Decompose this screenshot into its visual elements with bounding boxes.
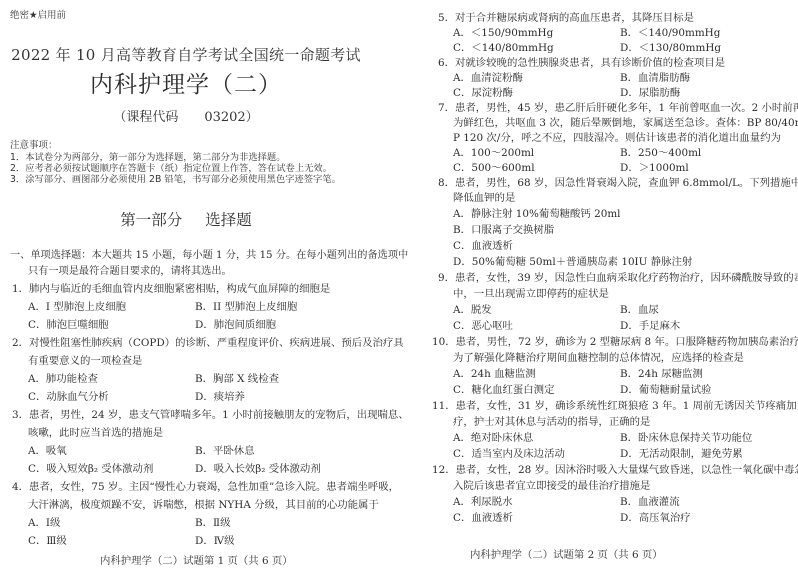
question-text: 3．患者，男性，24 岁，患支气管哮喘多年。1 小时前接触朋友的宠物后，出现喘息… xyxy=(12,406,409,421)
option-c: C．糖化血红蛋白测定 xyxy=(453,381,554,396)
question-text: 9．患者，女性，39 岁，因急性白血病采取化疗药物治疗，因环磷酰胺导致的毒副作用 xyxy=(438,269,798,284)
question-text: P 120 次/分，呼之不应，四肢湿冷。则估计该患者的消化道出血量约为 xyxy=(453,129,781,144)
option-a: A．静脉注射 10%葡萄糖酸钙 20ml xyxy=(453,205,621,220)
option-a: A．肺功能检查 xyxy=(28,370,98,385)
question-text: 大汗淋漓，极度烦躁不安，诉喘憋，根据 NYHA 分级，其目前的心功能属于 xyxy=(28,496,379,511)
option-d: D．吸入长效β₂ 受体激动剂 xyxy=(195,460,321,475)
question-text: 入院后该患者宜立即接受的最佳治疗措施是 xyxy=(453,477,650,492)
option-a: A．Ⅰ级 xyxy=(28,514,60,529)
option-c: C．500～600ml xyxy=(453,159,535,174)
option-b: B．250～400ml xyxy=(620,144,701,159)
question-text: 10．患者，男性，72 岁，确诊为 2 型糖尿病 8 年。口服降糖药物加胰岛素治… xyxy=(432,333,798,348)
question-text: 2．对慢性阻塞性肺疾病（COPD）的诊断、严重程度评价、疾病进展、预后及治疗具 xyxy=(12,334,404,349)
option-d: D．50%葡萄糖 50ml＋普通胰岛素 10IU 静脉注射 xyxy=(453,253,692,268)
option-a: A．24h 血糖监测 xyxy=(453,365,536,380)
option-b: B．胸部 X 线检查 xyxy=(195,370,279,385)
option-b: B．血液灌流 xyxy=(620,493,680,508)
option-a: A．100～200ml xyxy=(453,144,534,159)
page-footer: 内科护理学（二）试题第 1 页（共 6 页） xyxy=(100,552,293,567)
part-heading: 第一部分 选择题 xyxy=(0,208,372,230)
exam-title: 2022 年 10 月高等教育自学考试全国统一命题考试 xyxy=(0,44,372,65)
option-b: B．血尿 xyxy=(620,301,659,316)
course-code: （课程代码 03202） xyxy=(0,106,372,125)
option-a: A．脱发 xyxy=(453,301,492,316)
question-text: 5．对于合并糖尿病或肾病的高血压患者，其降压目标是 xyxy=(438,9,694,24)
section-instruction: 只有一项是最符合题目要求的，请将其选出。 xyxy=(28,262,232,277)
option-b: B．24h 尿糖监测 xyxy=(620,365,703,380)
option-b: B．平卧休息 xyxy=(195,442,255,457)
option-c: C．血液透析 xyxy=(453,509,513,524)
option-a: A．I 型肺泡上皮细胞 xyxy=(28,298,126,313)
option-b: B．口服离子交换树脂 xyxy=(453,221,554,236)
confidential-label: 绝密★启用前 xyxy=(10,7,66,21)
option-a: A．利尿脱水 xyxy=(453,493,512,508)
option-a: A．血清淀粉酶 xyxy=(453,69,523,84)
option-d: D．尿脂肪酶 xyxy=(620,84,680,99)
option-d: D．葡萄糖耐量试验 xyxy=(620,381,711,396)
option-b: B．血清脂肪酶 xyxy=(620,69,690,84)
option-d: D．手足麻木 xyxy=(620,317,680,332)
option-c: C．适当室内及床边活动 xyxy=(453,445,565,460)
question-text: 4．患者，女性，75 岁。主因“慢性心力衰竭，急性加重”急诊入院。患者端坐呼吸， xyxy=(12,478,399,493)
page-footer: 内科护理学（二）试题第 2 页（共 6 页） xyxy=(470,546,663,561)
option-c: C．吸入短效β₂ 受体激动剂 xyxy=(28,460,153,475)
option-b: B．＜140/90mmHg xyxy=(620,24,720,39)
option-d: D．无活动限制，避免劳累 xyxy=(620,445,743,460)
question-text: 1．肺内与临近的毛细血管内皮细胞紧密相贴，构成气血屏障的细胞是 xyxy=(12,280,330,295)
question-text: 咳嗽，此时应当首选的措施是 xyxy=(28,424,163,439)
option-d: D．高压氧治疗 xyxy=(620,509,691,524)
question-text: 为鲜红色，共呕血 3 次，随后晕厥倒地，家属送至急诊。查体：BP 80/40mm… xyxy=(453,114,798,129)
question-text: 8．患者，男性，68 岁，因急性肾衰竭入院，查血钾 6.8mmol/L。下列措施… xyxy=(438,174,798,189)
option-c: C．＜140/80mmHg xyxy=(453,39,554,54)
option-c: C．肺泡巨噬细胞 xyxy=(28,316,109,331)
option-c: C．动脉血气分析 xyxy=(28,388,109,403)
exam-page-2: 5．对于合并糖尿病或肾病的高血压患者，其降压目标是 A．＜150/90mmHg … xyxy=(400,0,798,571)
question-text: 有重要意义的一项检查是 xyxy=(28,352,142,367)
exam-page-1: 绝密★启用前 2022 年 10 月高等教育自学考试全国统一命题考试 内科护理学… xyxy=(0,0,400,571)
option-d: D．痰培养 xyxy=(195,388,245,403)
option-a: A．吸氧 xyxy=(28,442,67,457)
question-text: 为了解强化降糖治疗期间血糖控制的总体情况，应选择的检查是 xyxy=(453,349,744,364)
question-text: 7．患者，男性，45 岁，患乙肝后肝硬化多年，1 年前曾呕血一次。2 小时前再次… xyxy=(438,99,798,114)
option-d: D．＜130/80mmHg xyxy=(620,39,721,54)
option-b: B．II 型肺泡上皮细胞 xyxy=(195,298,297,313)
question-text: 降低血钾的是 xyxy=(453,189,515,204)
subject-title: 内科护理学（二） xyxy=(0,66,372,99)
question-text: 疗，护士对其休息与活动的指导，正确的是 xyxy=(453,413,650,428)
question-text: 12．患者，女性，28 岁。因沐浴时吸入大量煤气致昏迷，以急性一氧化碳中毒急诊入… xyxy=(432,461,798,476)
option-c: C．Ⅲ级 xyxy=(28,532,67,547)
question-text: 11．患者，女性，31 岁，确诊系统性红斑狼疮 3 年。1 周前无诱因关节疼痛加… xyxy=(432,397,798,412)
option-b: B．Ⅱ级 xyxy=(195,514,230,529)
question-text: 中，一旦出现需立即停药的症状是 xyxy=(453,285,609,300)
section-instruction: 一、单项选择题：本大题共 15 小题，每小题 1 分，共 15 分。在每小题列出… xyxy=(10,246,408,261)
option-a: A．＜150/90mmHg xyxy=(453,24,553,39)
option-d: D．Ⅳ级 xyxy=(195,532,235,547)
option-c: C．尿淀粉酶 xyxy=(453,84,513,99)
note-item: 3．涂写部分、画图部分必须使用 2B 铅笔，书写部分必须使用黑色字迹签字笔。 xyxy=(10,171,341,185)
option-a: A．绝对卧床休息 xyxy=(453,429,533,444)
option-d: D．＞1000ml xyxy=(620,159,689,174)
option-c: C．血液透析 xyxy=(453,237,513,252)
option-c: C．恶心呕吐 xyxy=(453,317,513,332)
question-text: 6．对就诊较晚的急性胰腺炎患者，具有诊断价值的检查项目是 xyxy=(438,54,725,69)
option-d: D．肺泡间质细胞 xyxy=(195,316,276,331)
option-b: B．卧床休息保持关节功能位 xyxy=(620,429,752,444)
